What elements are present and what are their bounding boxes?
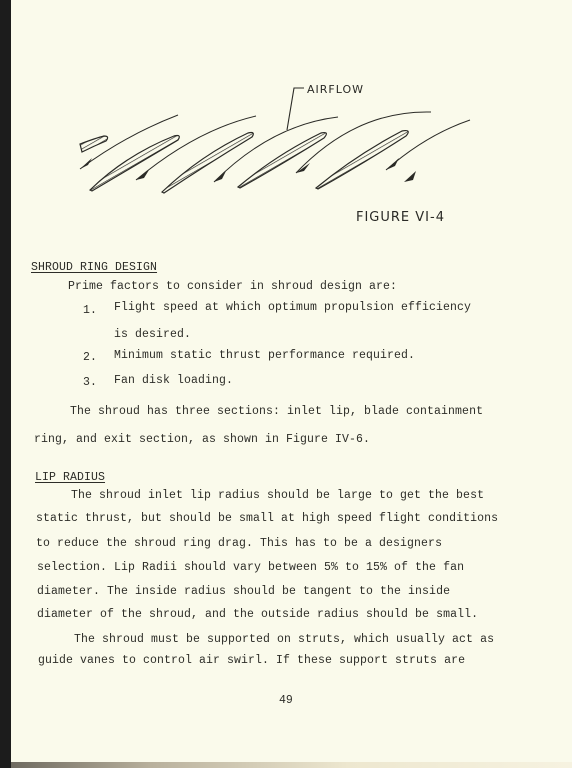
section-heading-lip-radius: LIP RADIUS	[35, 472, 105, 484]
figure-airfoil-cascade: AIRFLOW FIGURE VI-4	[66, 70, 486, 240]
list-item-text: Minimum static thrust performance requir…	[114, 350, 415, 362]
paragraph-line: diameter of the shroud, and the outside …	[37, 609, 478, 621]
paragraph-line: to reduce the shroud ring drag. This has…	[36, 538, 442, 550]
list-item-number: 3.	[83, 377, 97, 389]
paragraph-line: diameter. The inside radius should be ta…	[37, 586, 450, 598]
list-item-number: 2.	[83, 352, 97, 364]
paragraph-line: static thrust, but should be small at hi…	[36, 513, 498, 525]
section-intro: Prime factors to consider in shroud desi…	[68, 281, 397, 293]
list-item-number: 1.	[83, 305, 97, 317]
paragraph-line: The shroud has three sections: inlet lip…	[70, 406, 483, 418]
paragraph-line: guide vanes to control air swirl. If the…	[38, 655, 465, 667]
page-number: 49	[279, 694, 293, 707]
svg-text:AIRFLOW: AIRFLOW	[307, 83, 364, 96]
list-item-text: Flight speed at which optimum propulsion…	[114, 302, 471, 314]
paragraph-line: ring, and exit section, as shown in Figu…	[34, 434, 370, 446]
scan-bottom-edge	[11, 762, 572, 768]
paragraph-line: selection. Lip Radii should vary between…	[37, 562, 464, 574]
svg-text:FIGURE VI-4: FIGURE VI-4	[356, 210, 445, 225]
paragraph-line: The shroud must be supported on struts, …	[74, 634, 494, 646]
scan-left-edge	[0, 0, 11, 768]
list-item-text: Fan disk loading.	[114, 375, 233, 387]
list-item-text: is desired.	[114, 329, 191, 341]
airfoil-cascade-drawing: AIRFLOW FIGURE VI-4	[66, 70, 486, 240]
section-heading-shroud-ring-design: SHROUD RING DESIGN	[31, 262, 157, 274]
paragraph-line: The shroud inlet lip radius should be la…	[71, 490, 484, 502]
document-page: AIRFLOW FIGURE VI-4 SHROUD RING DESIGN P…	[11, 0, 572, 762]
